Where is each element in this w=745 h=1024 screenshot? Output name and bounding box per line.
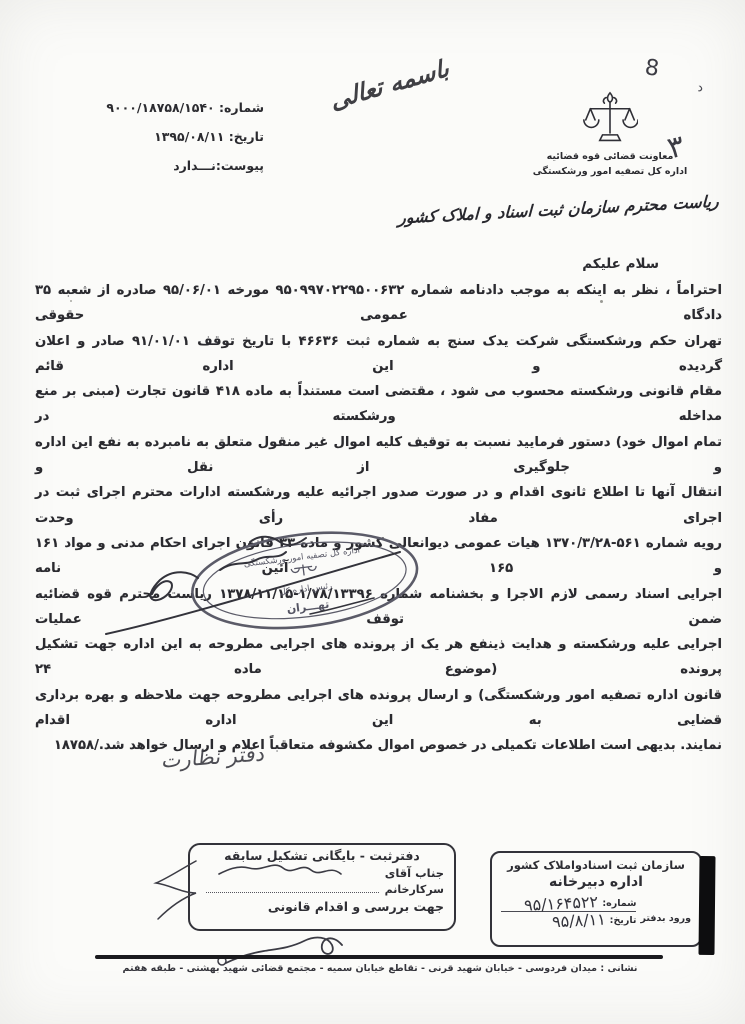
body-line: تهران حکم ورشکستگی شرکت یدک سنج به شماره…	[35, 329, 722, 380]
meta-attachment: پیوست:نـــدارد	[64, 158, 264, 173]
stamp-middle-text: رئیس اداره کل	[279, 581, 333, 597]
entry-columns: شماره: ۹۵/۱۶۴۵۲۲ تاریخ: ۹۵/۸/۱۱	[501, 896, 636, 928]
meta-number: شماره: ۹۰۰۰/۱۸۷۵۸/۱۵۴۰	[64, 100, 264, 115]
secretariat-office-name: اداره دبیرخانه	[501, 874, 691, 890]
registry-box-ms-label: سرکارخانم	[385, 883, 444, 896]
entry-number-row: شماره: ۹۵/۱۶۴۵۲۲	[501, 896, 636, 912]
scan-black-bar-artifact	[698, 856, 715, 955]
entry-rows: ورود بدفتر شماره: ۹۵/۱۶۴۵۲۲ تاریخ: ۹۵/۸/…	[501, 896, 691, 928]
handwritten-name-scribble	[215, 858, 345, 884]
registry-box-ms-line: سرکارخانم	[200, 882, 444, 896]
box-edge-scribble	[150, 855, 200, 925]
scan-speck	[70, 300, 72, 302]
letterhead-org-line2: اداره کل تصفیه امور ورشکستگی	[515, 166, 705, 177]
secretariat-org-name: سازمان ثبت اسنادواملاک کشور	[501, 858, 691, 872]
meta-attachment-label: پیوست:	[216, 158, 264, 173]
addressee-line: ریاست محترم سازمان ثبت اسناد و املاک کشو…	[398, 192, 719, 228]
body-line: احتراماً ، نظر به اینکه به موجب دادنامه …	[35, 278, 722, 329]
body-line: تمام اموال خود) دستور فرمایید نسبت به تو…	[35, 430, 722, 481]
registry-box-action-line: جهت بررسی و اقدام قانونی	[200, 899, 444, 914]
meta-date-label: تاریخ:	[229, 129, 264, 144]
footer-rule	[95, 955, 663, 959]
entry-date-label: تاریخ:	[610, 915, 637, 928]
body-line: قانون اداره تصفیه امور ورشکستگی) و ارسال…	[35, 683, 722, 734]
registry-stamp-box: دفترثبت - بایگانی تشکیل سابقه جناب آقای …	[188, 843, 456, 931]
secretariat-stamp-box: سازمان ثبت اسنادواملاک کشور اداره دبیرخا…	[490, 851, 702, 947]
body-line: نمایند. بدیهی است اطلاعات تکمیلی در خصوص…	[35, 733, 722, 758]
entry-date-handwritten: ۹۵/۸/۱۱	[548, 911, 610, 929]
footer-address: نشانی : میدان فردوسی - خیابان شهید قرنی …	[75, 963, 685, 974]
entry-label: ورود بدفتر	[640, 913, 691, 928]
meta-number-label: شماره:	[219, 100, 264, 115]
entry-date-row: تاریخ: ۹۵/۸/۱۱	[501, 913, 636, 928]
scales-of-justice-icon	[582, 90, 638, 148]
entry-number-label: شماره:	[602, 898, 636, 911]
meta-number-value: ۹۰۰۰/۱۸۷۵۸/۱۵۴۰	[106, 100, 214, 115]
oval-stamp-icon: اداره کل تصفیه امور ورشکستگی رئیس اداره …	[100, 518, 430, 653]
stamp-scales-icon	[291, 563, 317, 577]
body-line: مقام قانونی ورشکسته محسوب می شود ، مقتضی…	[35, 379, 722, 430]
bismillah-calligraphy: باسمه تعالی	[302, 54, 458, 165]
meta-block: شماره: ۹۰۰۰/۱۸۷۵۸/۱۵۴۰ تاریخ: ۱۳۹۵/۰۸/۱۱…	[64, 100, 264, 187]
office-oval-stamp: اداره کل تصفیه امور ورشکستگی رئیس اداره …	[100, 518, 430, 653]
handwritten-mark-small: د	[696, 80, 704, 96]
scan-speck	[600, 300, 603, 303]
meta-date-value: ۱۳۹۵/۰۸/۱۱	[154, 129, 224, 144]
salutation: سلام علیکم	[582, 256, 659, 272]
stamp-bottom-text: تهـــران	[286, 598, 330, 616]
handwritten-mark-top: 8	[643, 55, 660, 82]
meta-attachment-value: نـــدارد	[173, 158, 216, 173]
meta-date: تاریخ: ۱۳۹۵/۰۸/۱۱	[64, 129, 264, 144]
scanned-letter-page: شماره: ۹۰۰۰/۱۸۷۵۸/۱۵۴۰ تاریخ: ۱۳۹۵/۰۸/۱۱…	[0, 0, 745, 1024]
